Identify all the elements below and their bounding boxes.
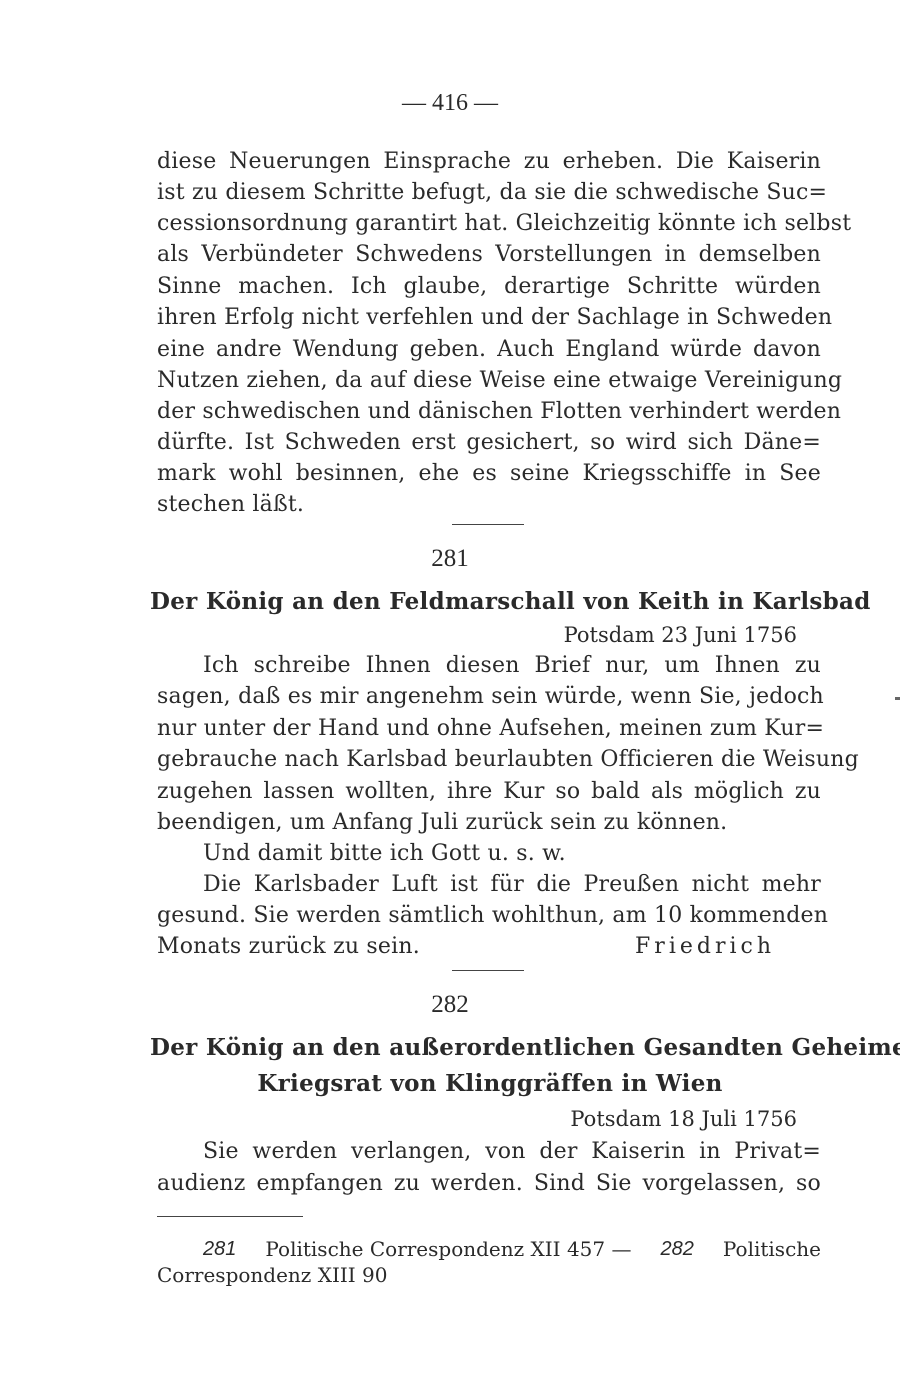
scan-speck xyxy=(895,697,900,700)
book-page: — 416 — diese Neuerungen Einsprache zu e… xyxy=(0,0,900,1376)
footnote-line: 281 Politische Correspondenz XII 457 — 2… xyxy=(203,1236,821,1262)
text-line: beendigen, um Anfang Juli zurück sein zu… xyxy=(157,808,821,838)
text-line: Sie werden verlangen, von der Kaiserin i… xyxy=(203,1137,821,1167)
letter-heading: Der König an den außerordentlichen Gesan… xyxy=(150,1030,830,1066)
text-line: Sinne machen. Ich glaube, derartige Schr… xyxy=(157,272,821,302)
text-line: ist zu diesem Schritte befugt, da sie di… xyxy=(157,178,821,208)
dateline: Potsdam 18 Juli 1756 xyxy=(570,1104,797,1134)
letter-number: 282 xyxy=(0,990,900,1020)
text-line: stechen läßt. xyxy=(157,490,821,520)
footnote-line: Correspondenz XIII 90 xyxy=(157,1262,387,1288)
footnote-rule xyxy=(157,1216,303,1217)
text-line: sagen, daß es mir angenehm sein würde, w… xyxy=(157,682,821,712)
letter-heading: Kriegsrat von Klinggräffen in Wien xyxy=(150,1066,830,1102)
footnote-text: Politische Correspondenz XII 457 — xyxy=(265,1236,631,1262)
text-line: zugehen lassen wollten, ihre Kur so bald… xyxy=(157,777,821,807)
text-line: Ich schreibe Ihnen diesen Brief nur, um … xyxy=(203,651,821,681)
text-line: cessionsordnung garantirt hat. Gleichzei… xyxy=(157,209,821,239)
signature: Friedrich xyxy=(635,932,775,962)
footnote-ref: 281 xyxy=(203,1236,236,1262)
text-line: mark wohl besinnen, ehe es seine Kriegss… xyxy=(157,459,821,489)
text-line: dürfte. Ist Schweden erst gesichert, so … xyxy=(157,428,821,458)
dateline: Potsdam 23 Juni 1756 xyxy=(564,620,797,650)
text-line: gebrauche nach Karlsbad beurlaubten Offi… xyxy=(157,745,821,775)
text-line: gesund. Sie werden sämtlich wohlthun, am… xyxy=(157,901,821,931)
text-line: Die Karlsbader Luft ist für die Preußen … xyxy=(203,870,821,900)
text-line: als Verbündeter Schwedens Vorstellungen … xyxy=(157,240,821,270)
text-line: ihren Erfolg nicht verfehlen und der Sac… xyxy=(157,303,821,333)
text-line: nur unter der Hand und ohne Aufsehen, me… xyxy=(157,714,821,744)
text-line: Nutzen ziehen, da auf diese Weise eine e… xyxy=(157,366,821,396)
text-line: audienz empfangen zu werden. Sind Sie vo… xyxy=(157,1169,821,1199)
footnote-ref: 282 xyxy=(661,1236,694,1262)
text-line: diese Neuerungen Einsprache zu erheben. … xyxy=(157,147,821,177)
footnote-text: Politische xyxy=(723,1236,821,1262)
section-divider xyxy=(452,524,524,525)
section-divider xyxy=(452,970,524,971)
page-number: — 416 — xyxy=(0,88,900,118)
text-line: Und damit bitte ich Gott u. s. w. xyxy=(203,839,821,869)
text-line: eine andre Wendung geben. Auch England w… xyxy=(157,335,821,365)
letter-number: 281 xyxy=(0,544,900,574)
text-line: der schwedischen und dänischen Flotten v… xyxy=(157,397,821,427)
letter-heading: Der König an den Feldmarschall von Keith… xyxy=(150,584,830,620)
